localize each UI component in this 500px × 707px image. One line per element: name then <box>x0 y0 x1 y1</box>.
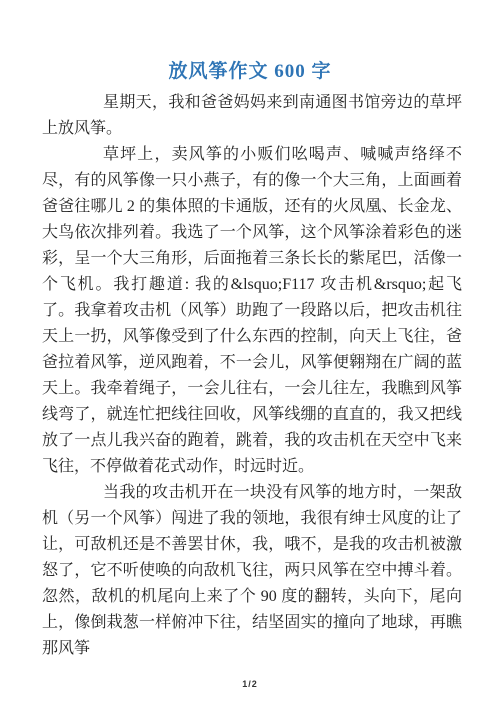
essay-title: 放风筝作文 600 字 <box>0 0 500 83</box>
essay-paragraph-2: 草坪上，卖风筝的小贩们吆喝声、喊喊声络绎不尽，有的风筝像一只小燕子，有的像一个大… <box>42 142 462 480</box>
essay-body: 星期天，我和爸爸妈妈来到南通图书馆旁边的草坪上放风筝。 草坪上，卖风筝的小贩们吆… <box>0 90 500 662</box>
document-page: 放风筝作文 600 字 星期天，我和爸爸妈妈来到南通图书馆旁边的草坪上放风筝。 … <box>0 0 500 707</box>
essay-paragraph-3: 当我的攻击机开在一块没有风筝的地方时，一架敌机（另一个风筝）闯进了我的领地，我很… <box>42 480 462 662</box>
essay-paragraph-1: 星期天，我和爸爸妈妈来到南通图书馆旁边的草坪上放风筝。 <box>42 90 462 142</box>
page-number: 1/2 <box>0 679 500 689</box>
